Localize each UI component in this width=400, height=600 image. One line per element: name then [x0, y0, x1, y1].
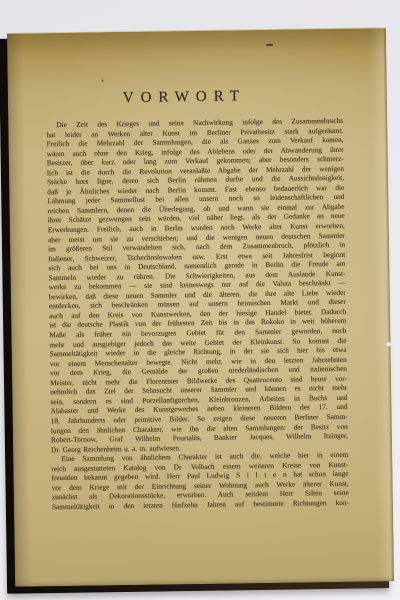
paper-speck — [266, 44, 273, 46]
page-title: VORWORT — [36, 87, 333, 108]
book-page: VORWORT Die Zeit des Krieges und seine N… — [7, 27, 394, 587]
paper-speck — [102, 79, 104, 81]
page-text: Die Zeit des Krieges und seine Nachwirku… — [46, 116, 349, 512]
page-edge-notch — [387, 342, 391, 346]
page-content: VORWORT Die Zeit des Krieges und seine N… — [7, 28, 393, 512]
book-photo: VORWORT Die Zeit des Krieges und seine N… — [0, 0, 400, 600]
